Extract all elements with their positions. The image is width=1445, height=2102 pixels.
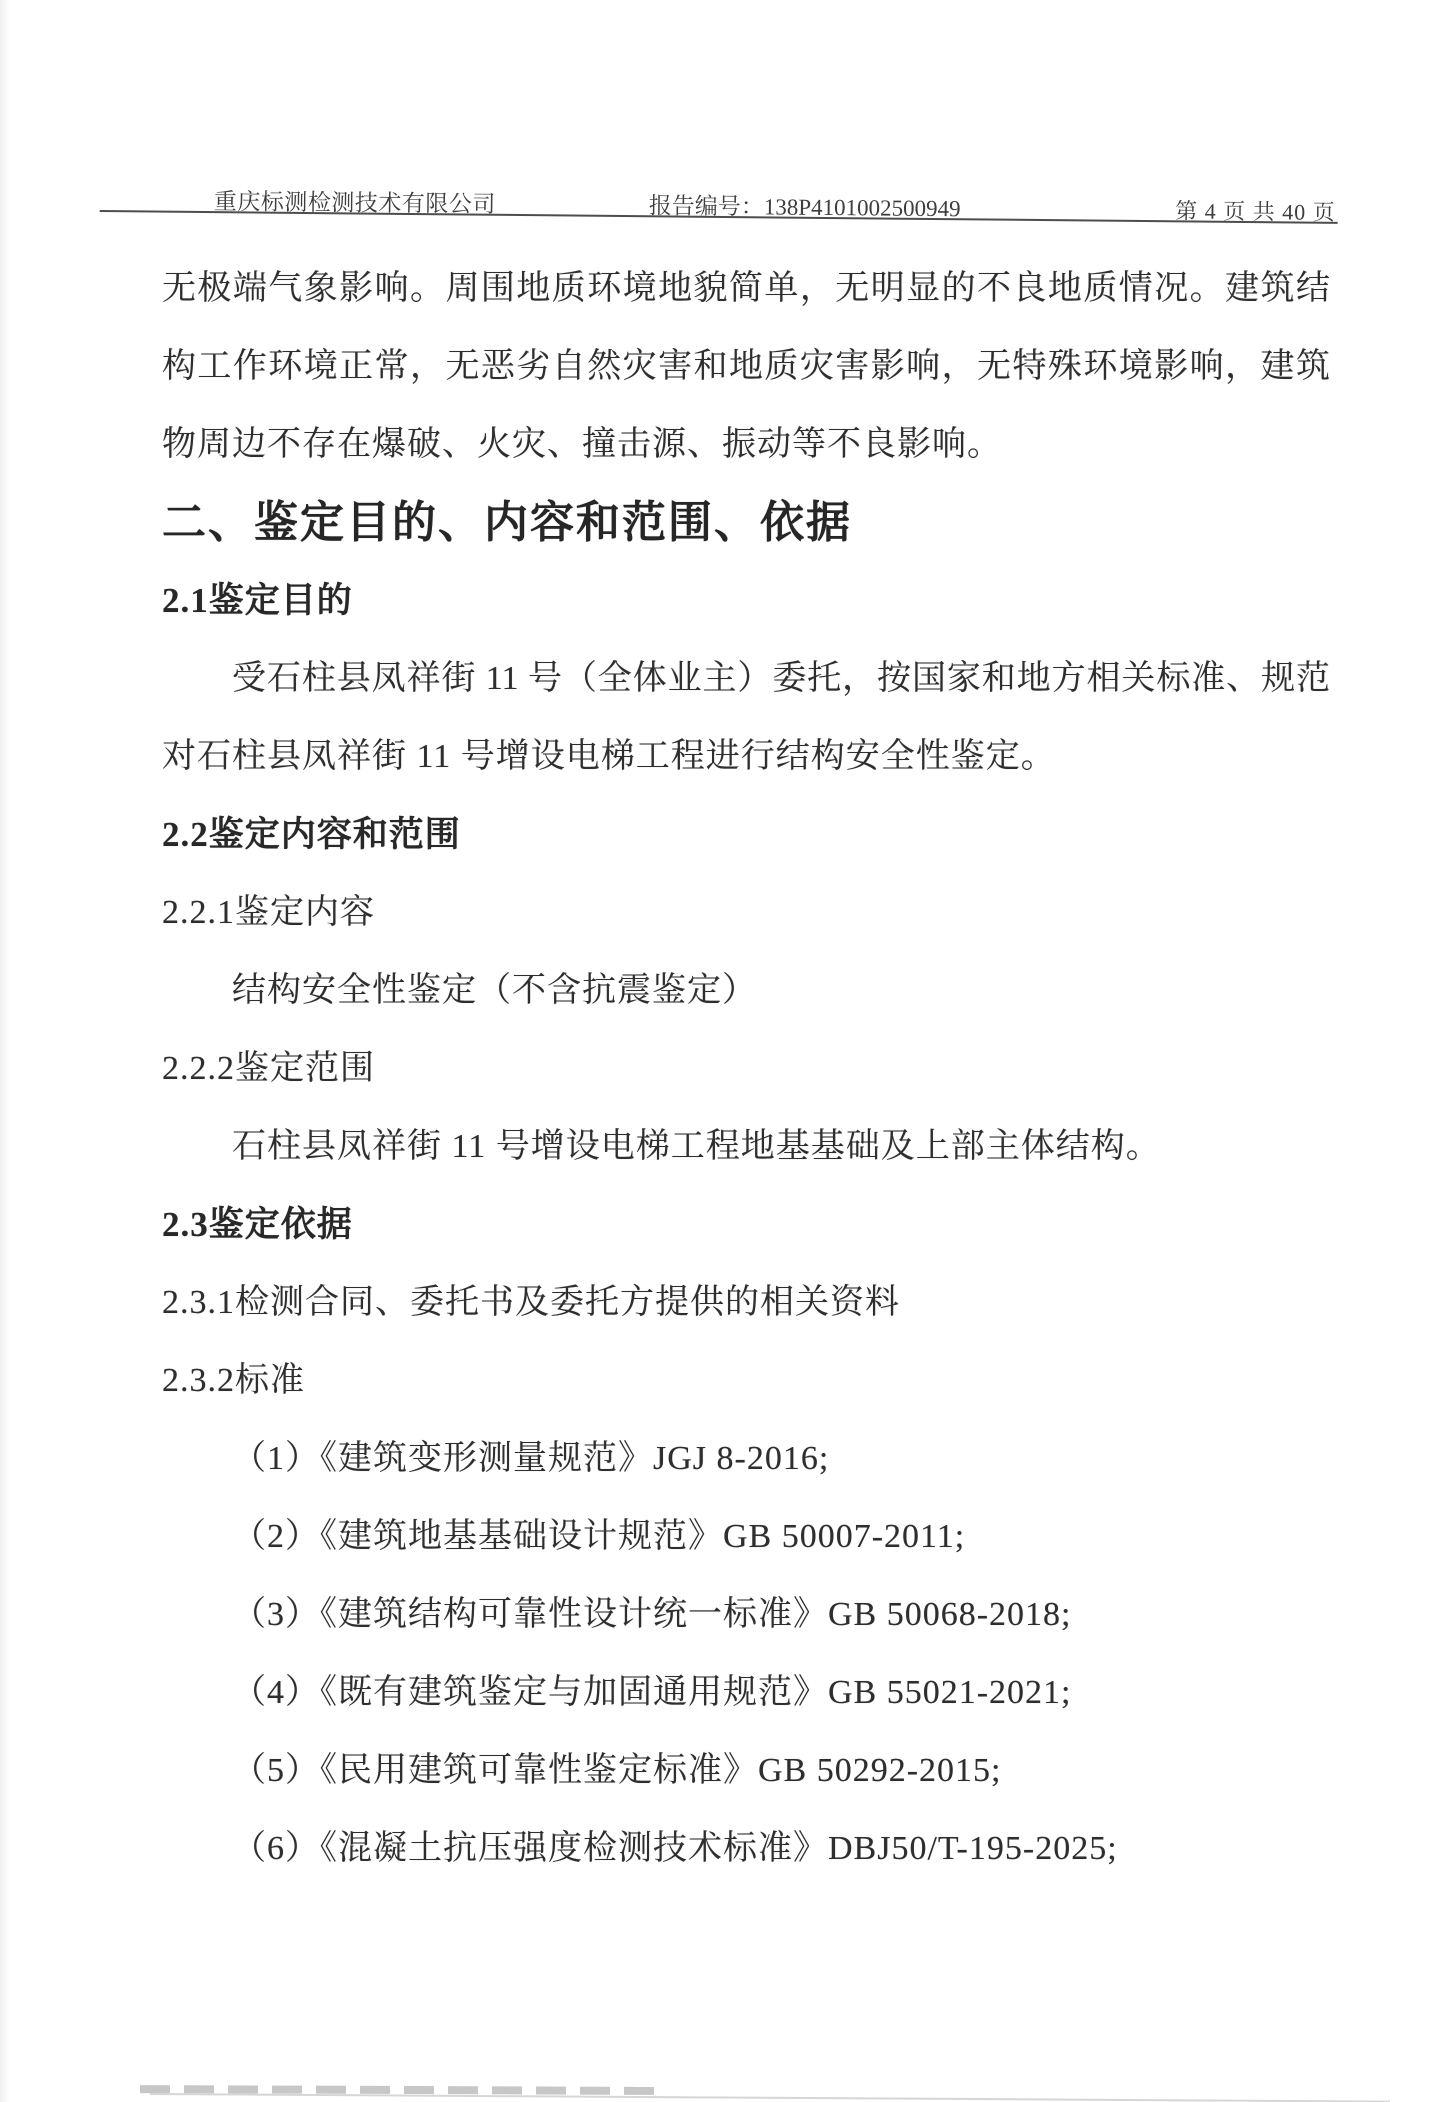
- report-number-label: 报告编号：: [649, 193, 764, 219]
- standard-item-6: （6）《混凝土抗压强度检测技术标准》DBJ50/T-195-2025;: [162, 1810, 1330, 1888]
- section-2-3-2-title: 2.3.2标准: [162, 1342, 1330, 1420]
- standard-item-1: （1）《建筑变形测量规范》JGJ 8-2016;: [162, 1420, 1330, 1498]
- page-indicator: 第 4 页 共 40 页: [1175, 194, 1336, 227]
- intro-line-1: 无极端气象影响。周围地质环境地貌简单，无明显的不良地质情况。建筑结: [162, 250, 1330, 328]
- section-2-2-2-text: 石柱县凤祥街 11 号增设电梯工程地基基础及上部主体结构。: [162, 1108, 1330, 1186]
- standard-item-3: （3）《建筑结构可靠性设计统一标准》GB 50068-2018;: [162, 1576, 1330, 1654]
- standard-item-5: （5）《民用建筑可靠性鉴定标准》GB 50292-2015;: [162, 1732, 1330, 1810]
- section-2-heading: 二、鉴定目的、内容和范围、依据: [162, 484, 1330, 562]
- company-name: 重庆标测检测技术有限公司: [214, 183, 496, 219]
- section-2-1-line-2: 对石柱县凤祥街 11 号增设电梯工程进行结构安全性鉴定。: [162, 718, 1330, 796]
- section-2-1-title: 2.1鉴定目的: [162, 562, 1330, 640]
- document-page: 重庆标测检测技术有限公司 报告编号：138P4101002500949 第 4 …: [0, 0, 1445, 2102]
- standard-item-2: （2）《建筑地基基础设计规范》GB 50007-2011;: [162, 1498, 1330, 1576]
- intro-line-3: 物周边不存在爆破、火灾、撞击源、振动等不良影响。: [162, 406, 1330, 484]
- section-2-2-title: 2.2鉴定内容和范围: [162, 796, 1330, 874]
- section-2-3-1-title: 2.3.1检测合同、委托书及委托方提供的相关资料: [162, 1264, 1330, 1342]
- section-2-1-line-1: 受石柱县凤祥街 11 号（全体业主）委托，按国家和地方相关标准、规范: [162, 640, 1330, 718]
- page-header: 重庆标测检测技术有限公司 报告编号：138P4101002500949 第 4 …: [100, 180, 1338, 224]
- section-2-2-1-title: 2.2.1鉴定内容: [162, 874, 1330, 952]
- standard-item-4: （4）《既有建筑鉴定与加固通用规范》GB 55021-2021;: [162, 1654, 1330, 1732]
- scan-artifact-line: [150, 2093, 1390, 2102]
- section-2-2-1-text: 结构安全性鉴定（不含抗震鉴定）: [162, 952, 1330, 1030]
- intro-line-2: 构工作环境正常，无恶劣自然灾害和地质灾害影响，无特殊环境影响，建筑: [162, 328, 1330, 406]
- section-2-2-2-title: 2.2.2鉴定范围: [162, 1030, 1330, 1108]
- document-body: 无极端气象影响。周围地质环境地貌简单，无明显的不良地质情况。建筑结 构工作环境正…: [162, 250, 1330, 1888]
- report-number-value: 138P4101002500949: [764, 194, 961, 221]
- section-2-3-title: 2.3鉴定依据: [162, 1186, 1330, 1264]
- scan-edge-shade: [0, 0, 10, 2102]
- report-number: 报告编号：138P4101002500949: [649, 187, 961, 223]
